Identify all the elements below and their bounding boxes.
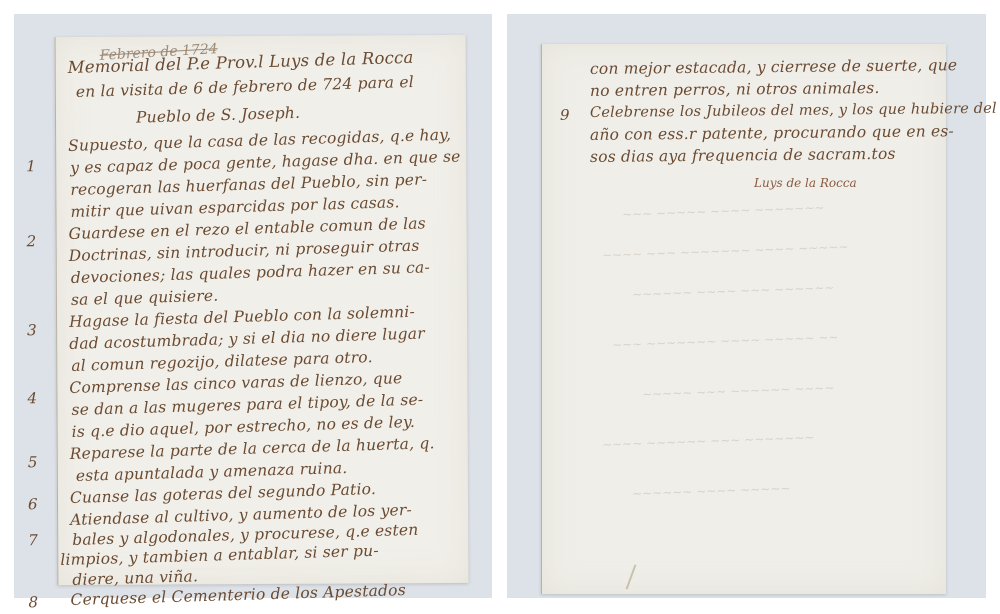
left-manuscript-sheet: Febrero de 1724 Memorial del P.e Prov.l … xyxy=(55,35,469,585)
bleed-through-texture: ~~~ ~~~~~~~ ~~~~ ~~~~~ ~~ xyxy=(612,330,839,352)
right-page-panel: con mejor estacada, y cierrese de suerte… xyxy=(507,14,986,598)
item-2-line-4: sa el que quisiere. xyxy=(71,287,219,309)
bleed-through-texture: ~~~~~~ ~~~~ ~~~ ~~~~~~ xyxy=(632,280,835,301)
bleed-through-texture: ~~~ ~~~~~ ~~~~ ~~~~~~~ xyxy=(622,200,825,221)
bleed-through-texture: ~~~~ ~~~~~~ ~~~ ~~~~~~~ xyxy=(602,430,815,451)
continuation-line-1: con mejor estacada, y cierrese de suerte… xyxy=(590,56,957,78)
item-number-2: 2 xyxy=(27,232,37,250)
bleed-through-texture: ~~~~~~ ~~~~ ~~~~~ xyxy=(632,481,791,501)
item-number-8: 8 xyxy=(28,593,38,611)
left-page-panel: Febrero de 1724 Memorial del P.e Prov.l … xyxy=(14,14,492,598)
title-line-2: en la visita de 6 de febrero de 724 para… xyxy=(76,73,415,101)
signature: Luys de la Rocca xyxy=(754,176,857,190)
item-7-line-4: diere, una viña. xyxy=(72,567,198,589)
item-9-line-2: año con ess.r patente, procurando que en… xyxy=(590,122,954,144)
item-number-6: 6 xyxy=(28,495,38,513)
item-number-3: 3 xyxy=(27,321,37,339)
paper-tear xyxy=(626,564,637,589)
item-9-line-1: Celebrense los Jubileos del mes, y los q… xyxy=(590,100,997,122)
bleed-through-texture: ~~~~ ~~~ ~~~~~~~ ~~~~ ~~~~~ xyxy=(602,240,849,263)
item-9-line-3: sos dias aya frequencia de sacram.tos xyxy=(590,145,896,166)
item-number-9: 9 xyxy=(560,106,570,124)
item-number-4: 4 xyxy=(27,389,37,407)
continuation-line-2: no entren perros, ni otros animales. xyxy=(590,79,880,100)
bleed-through-texture: ~~~~~ ~~~ ~~~~~~ ~~~~ xyxy=(642,381,835,402)
title-line-3: Pueblo de S. Joseph. xyxy=(136,104,301,127)
item-number-5: 5 xyxy=(28,453,38,471)
right-manuscript-sheet: con mejor estacada, y cierrese de suerte… xyxy=(541,44,946,594)
item-number-7: 7 xyxy=(28,531,38,549)
item-number-1: 1 xyxy=(26,157,36,175)
